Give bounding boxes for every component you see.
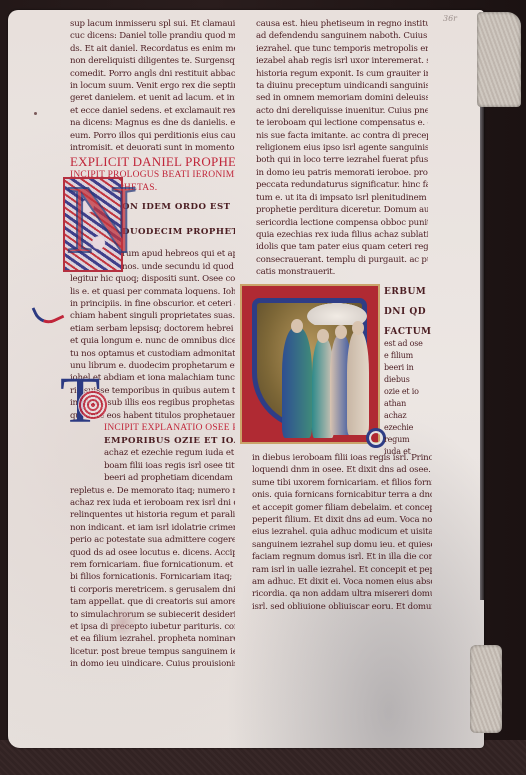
text-line: ram isrl in ualle iezrahel. Et concepit … xyxy=(252,564,432,576)
text-line: sericordia lectione compensa obboc punit… xyxy=(256,217,428,229)
text-line: et ecce daniel sedens. et exclamauit rex… xyxy=(70,105,235,117)
caption-line: est ad ose xyxy=(384,338,434,350)
text-line: sume tibi uxorem fornicariam. et filios … xyxy=(252,477,432,489)
figure-head xyxy=(352,321,364,335)
right-column: causa est. hieu phetiseum in regno insti… xyxy=(256,18,428,302)
text-line: chiam habent singuli proprietates suas. … xyxy=(70,310,235,322)
caption-line: e filium xyxy=(384,350,434,362)
caption-line: diebus xyxy=(384,374,434,386)
text-line: sed in omnem memoriam domini deleuisset … xyxy=(256,92,428,104)
text-line: repletus e. De memorato itaq; numero reg… xyxy=(70,485,235,497)
text-line: et accepit gomer filiam debelaim. et con… xyxy=(252,502,432,514)
text-line: na dicens: Magnus es dne ds danielis. et… xyxy=(70,117,235,129)
text-line: iezrahel. que tunc temporis metropolis e… xyxy=(256,43,428,55)
text-line: relinquentes ut historia regum et parali… xyxy=(70,509,235,521)
text-line: religionem eius ipso isrl agente sanguin… xyxy=(256,142,428,154)
text-line: te ieroboam qui lectione compensatus e. … xyxy=(256,117,428,129)
text-line: ta diuinu preceptum uindicandi sanguinis… xyxy=(256,80,428,92)
text-line: achaz rex iuda et ieroboam rex isrl dni … xyxy=(70,497,235,509)
text-line: nis sue facta imitante. ac contra di pre… xyxy=(256,130,428,142)
caption-line: DNI QD xyxy=(384,306,434,318)
text-line: bi filios fornicationis. Fornicariam ita… xyxy=(70,571,235,583)
text-line: lis e. et quasi per commata loquens. Ioh… xyxy=(70,286,235,298)
text-line: licetur. post breue tempus sanguinem iez… xyxy=(70,646,235,658)
text-line: idolis que tam pater eius quam ceteri re… xyxy=(256,241,428,253)
text-line: cuc dicens: Daniel tolle prandiu quod mi… xyxy=(70,30,235,42)
miniature-side-text: ERBUM DNI QD FACTUM est ad ose e filium … xyxy=(384,286,434,458)
interlace-knot xyxy=(366,428,386,448)
text-line: in locum suum. Venit ergo rex die septim… xyxy=(70,80,235,92)
historiated-initial-miniature xyxy=(240,284,380,444)
figure-attendant-2 xyxy=(347,331,369,435)
right-column-lower: in diebus ieroboam filii ioas regis isrl… xyxy=(252,452,432,613)
text-line: historia regum exponit. Is cum grauiter … xyxy=(256,68,428,80)
text-line: eum. Porro illos qui perditionis eius ca… xyxy=(70,130,235,142)
text-line: perio ac potestate sua admittere cogeren… xyxy=(70,534,235,546)
text-line: tu nos optamus et custodiam admonitatus … xyxy=(70,348,235,360)
text-line: quia ezechias rex iuda filius achaz subl… xyxy=(256,229,428,241)
text-line: tam appellat. que di creatoris sui amore… xyxy=(70,596,235,608)
figure-prophet-osee xyxy=(282,328,312,438)
text-line: ds. Et ait daniel. Recordatus es enim me… xyxy=(70,43,235,55)
figure-head xyxy=(317,329,329,343)
figure-head xyxy=(335,325,347,339)
photo-background: 36r sup lacum inmisseru spl sui. Et clam… xyxy=(0,0,526,775)
initial-n-letterform: N xyxy=(66,170,137,270)
text-line: eius iezrahel. quia adhuc modicum et uis… xyxy=(252,526,432,538)
text-line: causa est. hieu phetiseum in regno insti… xyxy=(256,18,428,30)
caption-line: athan xyxy=(384,398,434,410)
text-line: consecrauerant. templu di purgauit. ac p… xyxy=(256,254,428,266)
text-line: isrl. sed obliuione obliuiscar eoru. Et … xyxy=(252,601,432,613)
text-line: rem fornicariam. fiue fornicationum. et … xyxy=(70,559,235,571)
caption-line: beeri in xyxy=(384,362,434,374)
text-line: sup lacum inmisseru spl sui. Et clamauit… xyxy=(70,18,235,30)
text-line: am adhuc. Et dixit ei. Voca nomen eius a… xyxy=(252,576,432,588)
decorated-initial-t: T xyxy=(60,380,115,432)
text-line: tum e. ut ita di impsato isrl plenitudin… xyxy=(256,192,428,204)
page-edge-shadow xyxy=(480,100,484,600)
text-line: in principiis. in fine obscurior. et cet… xyxy=(70,298,235,310)
page-tab-bottom xyxy=(470,645,502,733)
text-line: catis monstrauerit. xyxy=(256,266,428,278)
text-line: quod ds ad osee locutus e. dicens. Accip… xyxy=(70,547,235,559)
text-line: in diebus ieroboam filii ioas regis isrl… xyxy=(252,452,432,464)
text-line: et ipsa di precepto iubetur parituris. c… xyxy=(70,621,235,633)
text-line: non dereliquisti diligentes te. Surgensq… xyxy=(70,55,235,67)
text-line: et quia longum e. nunc de omnibus dicere… xyxy=(70,335,235,347)
text-line: to simulachrorum se subiecerit desiderio… xyxy=(70,609,235,621)
text-line: non indicant. et iam isrl idolatrie crim… xyxy=(70,522,235,534)
text-line: prophetie perditura diceretur. Domum aut… xyxy=(256,204,428,216)
ink-speck xyxy=(34,112,37,115)
caption-line: FACTUM xyxy=(384,326,434,338)
initial-t-ornament xyxy=(78,390,108,420)
text-line: boam filii ioas regis isrl osee titu xyxy=(70,460,235,472)
text-line: sanguinem iezrahel sup domu ieu. et quie… xyxy=(252,539,432,551)
text-line: peperit filium. Et dixit dns ad eum. Voc… xyxy=(252,514,432,526)
caption-line: ezechie xyxy=(384,422,434,434)
text-line: in domo ieu patris memorati ieroboe. pro… xyxy=(256,167,428,179)
figure-head xyxy=(291,319,303,333)
text-line: in domo ieu uindicare. Cuius prouisionis… xyxy=(70,658,235,670)
text-line: comedit. Porro angls dni restituit abbac… xyxy=(70,68,235,80)
text-line: et ea filium iezrahel. propheta nominare… xyxy=(70,633,235,645)
text-line: onis. quia fornicans fornicabitur terra … xyxy=(252,489,432,501)
caption-line: achaz xyxy=(384,410,434,422)
text-line: iezabel ahab regis isrl uxor interemerat… xyxy=(256,55,428,67)
text-line: ti corporis meretricem. s gerusalem dni … xyxy=(70,584,235,596)
text-line: ad defendendu sanguinem naboth. Cuius he… xyxy=(256,30,428,42)
text-line: acto dni dereliquisse inuenitur. Cuius p… xyxy=(256,105,428,117)
text-line: geret danielem. et uenit ad lacum. et in… xyxy=(70,92,235,104)
folio-number: 36r xyxy=(443,14,457,23)
text-line: peccata redundaturus significatur. hinc … xyxy=(256,179,428,191)
text-line: ricordia. qa non addam ultra misereri do… xyxy=(252,588,432,600)
text-line: intromisit. et deuorati sunt in momento … xyxy=(70,142,235,154)
text-line: achaz et ezechie regum iuda et iero xyxy=(70,447,235,459)
left-column: sup lacum inmisseru spl sui. Et clamauit… xyxy=(70,18,235,671)
text-line: beeri ad prophetiam dicendam spu sco xyxy=(70,472,235,484)
text-line: both qui in loco terre iezrahel fuerat p… xyxy=(256,154,428,166)
gold-ground xyxy=(252,298,367,430)
text-line: legitur hic quoq; dispositi sunt. Osee c… xyxy=(70,273,235,285)
caption-line: ozie et io xyxy=(384,386,434,398)
text-line: faciam regnum domus isrl. Et in illa die… xyxy=(252,551,432,563)
text-line: etiam serbam lepsisq; doctorem hebrei au… xyxy=(70,323,235,335)
page-tab-top xyxy=(477,12,521,107)
text-line: loquendi dnm in osee. Et dixit dns ad os… xyxy=(252,464,432,476)
caption-line: ERBUM xyxy=(384,286,434,298)
caption-line: regum xyxy=(384,434,434,446)
